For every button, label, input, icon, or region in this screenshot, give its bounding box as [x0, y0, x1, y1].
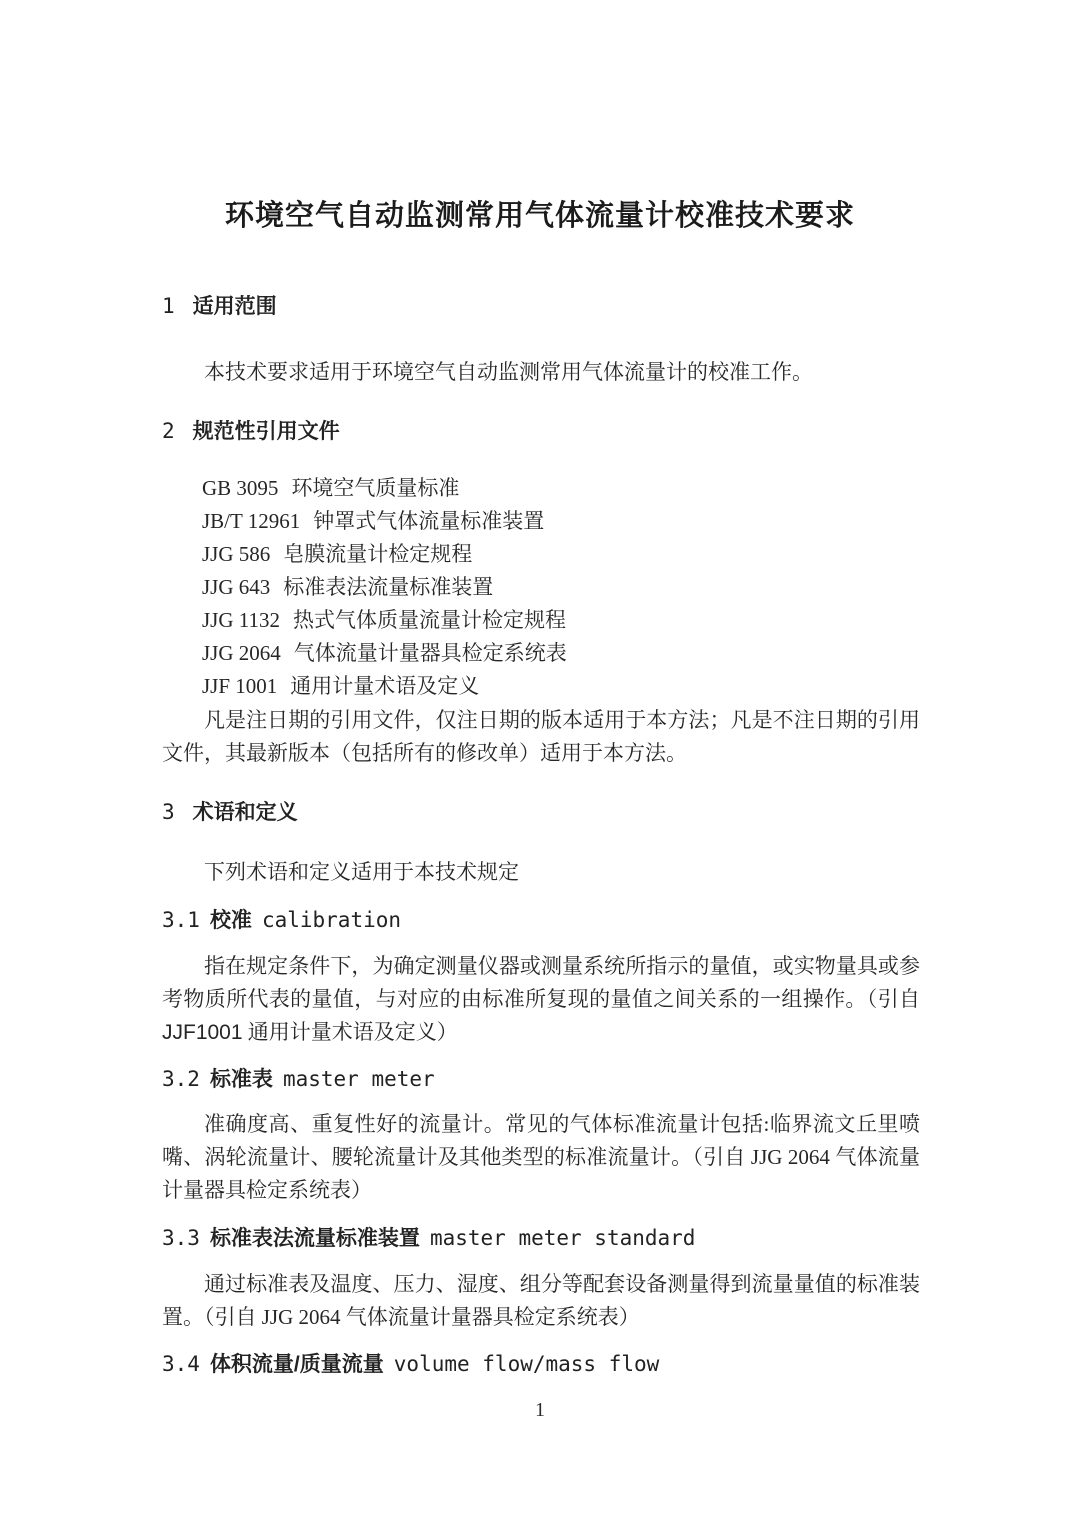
term-3-2-number: 3.2	[162, 1067, 200, 1091]
section-3-title: 术语和定义	[193, 801, 298, 824]
reference-item: JB/T 12961钟罩式气体流量标准装置	[202, 505, 920, 538]
section-3-heading: 3术语和定义	[162, 796, 920, 829]
term-3-3-zh: 标准表法流量标准装置	[210, 1227, 420, 1250]
section-3-number: 3	[162, 800, 175, 824]
section-1-paragraph: 本技术要求适用于环境空气自动监测常用气体流量计的校准工作。	[162, 356, 920, 389]
reference-name: 皂膜流量计检定规程	[283, 542, 472, 566]
term-3-3-number: 3.3	[162, 1226, 200, 1250]
section-2-note: 凡是注日期的引用文件，仅注日期的版本适用于本方法；凡是不注日期的引用文件，其最新…	[162, 704, 920, 770]
section-3-intro: 下列术语和定义适用于本技术规定	[162, 856, 920, 889]
reference-code: JJG 1132	[202, 604, 280, 637]
section-2-heading: 2规范性引用文件	[162, 415, 920, 448]
reference-item: JJF 1001通用计量术语及定义	[202, 670, 920, 703]
term-3-4-number: 3.4	[162, 1352, 200, 1376]
term-3-1-number: 3.1	[162, 908, 200, 932]
section-1-heading: 1适用范围	[162, 290, 920, 323]
term-3-4-en: volume flow/mass flow	[394, 1352, 660, 1376]
term-3-4-zh: 体积流量/质量流量	[210, 1353, 384, 1376]
term-3-2-zh: 标准表	[210, 1068, 273, 1091]
section-2-title: 规范性引用文件	[193, 420, 340, 443]
reference-name: 环境空气质量标准	[291, 476, 459, 500]
term-3-1-definition: 指在规定条件下，为确定测量仪器或测量系统所指示的量值，或实物量具或参考物质所代表…	[162, 950, 920, 1049]
reference-item: JJG 1132热式气体质量流量计检定规程	[202, 604, 920, 637]
term-3-1-heading: 3.1校准calibration	[162, 904, 920, 937]
reference-code: JJF 1001	[202, 670, 277, 703]
reference-name: 标准表法流量标准装置	[283, 575, 493, 599]
definition-text: 通用计量术语及定义）	[243, 1020, 458, 1044]
reference-name: 气体流量计量器具检定系统表	[294, 641, 567, 665]
document-page: 环境空气自动监测常用气体流量计校准技术要求 1适用范围 本技术要求适用于环境空气…	[0, 0, 1080, 1527]
reference-code: JJG 586	[202, 538, 270, 571]
section-2-number: 2	[162, 419, 175, 443]
reference-list: GB 3095环境空气质量标准 JB/T 12961钟罩式气体流量标准装置 JJ…	[202, 472, 920, 703]
reference-item: JJG 586皂膜流量计检定规程	[202, 538, 920, 571]
reference-code: JJG 2064	[202, 637, 281, 670]
page-number: 1	[0, 1394, 1080, 1427]
reference-item: JJG 643标准表法流量标准装置	[202, 571, 920, 604]
term-3-2-definition: 准确度高、重复性好的流量计。常见的气体标准流量计包括:临界流文丘里喷嘴、涡轮流量…	[162, 1108, 920, 1207]
section-1-title: 适用范围	[193, 295, 277, 318]
term-3-3-definition: 通过标准表及温度、压力、湿度、组分等配套设备测量得到流量量值的标准装置。（引自 …	[162, 1268, 920, 1334]
document-title: 环境空气自动监测常用气体流量计校准技术要求	[0, 195, 1080, 237]
section-1-number: 1	[162, 294, 175, 318]
reference-item: JJG 2064气体流量计量器具检定系统表	[202, 637, 920, 670]
definition-citation-code: JJF1001	[162, 1021, 243, 1044]
reference-name: 热式气体质量流量计检定规程	[293, 608, 566, 632]
term-3-4-heading: 3.4体积流量/质量流量volume flow/mass flow	[162, 1348, 920, 1381]
term-3-3-en: master meter standard	[430, 1226, 696, 1250]
reference-name: 通用计量术语及定义	[290, 674, 479, 698]
reference-code: JJG 643	[202, 571, 270, 604]
term-3-3-heading: 3.3标准表法流量标准装置master meter standard	[162, 1222, 920, 1255]
reference-code: JB/T 12961	[202, 505, 300, 538]
reference-item: GB 3095环境空气质量标准	[202, 472, 920, 505]
reference-name: 钟罩式气体流量标准装置	[313, 509, 544, 533]
reference-code: GB 3095	[202, 472, 278, 505]
term-3-1-en: calibration	[262, 908, 401, 932]
term-3-1-zh: 校准	[210, 909, 252, 932]
term-3-2-heading: 3.2标准表master meter	[162, 1063, 920, 1096]
definition-text: 指在规定条件下，为确定测量仪器或测量系统所指示的量值，或实物量具或参考物质所代表…	[162, 954, 920, 1011]
term-3-2-en: master meter	[283, 1067, 435, 1091]
